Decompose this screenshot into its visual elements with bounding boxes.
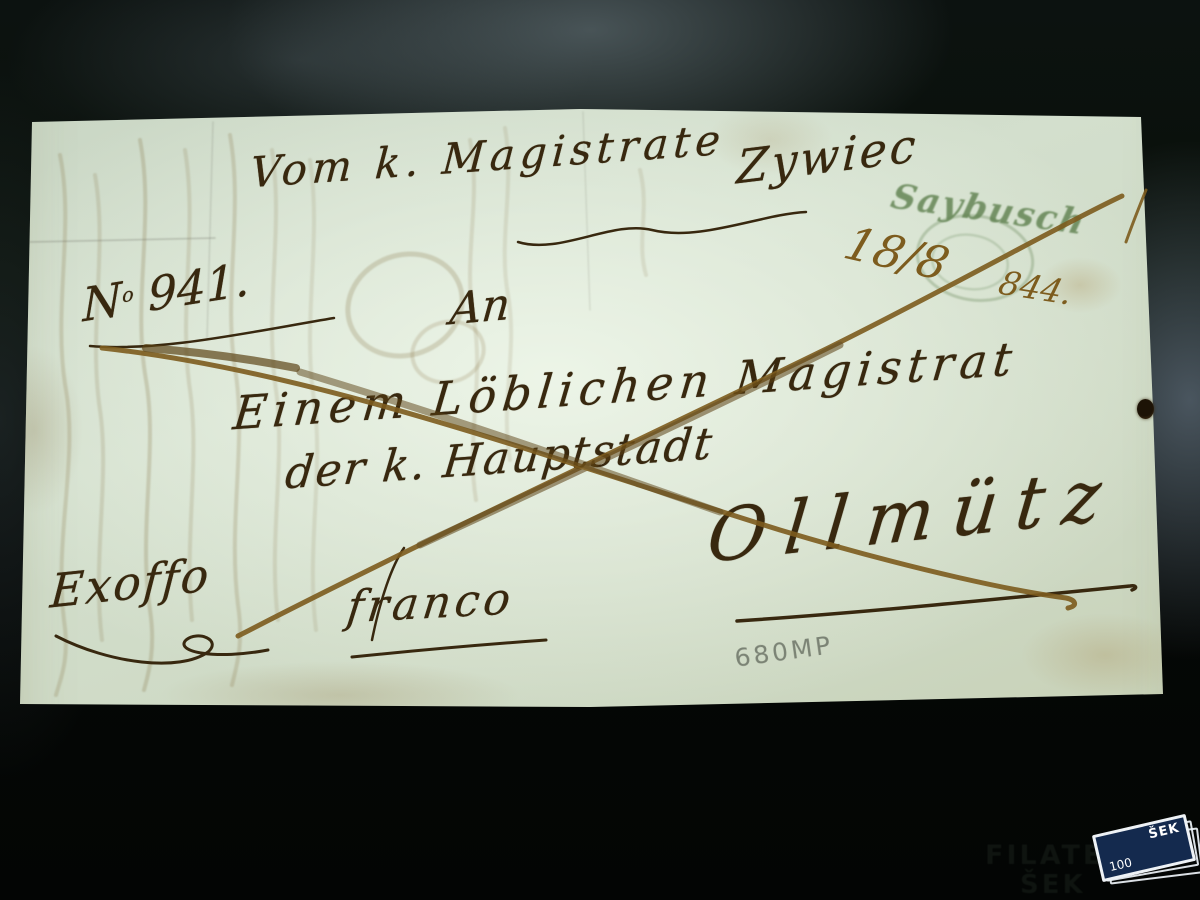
photo-of-prephilatelic-letter: Vom k. Magistrate Zywiec No 941. Saybusc… (0, 0, 1200, 900)
cross-stroke-up-heavy (420, 345, 840, 545)
dealer-watermark-line2: ŠEK (1020, 870, 1086, 900)
docket-underline (90, 318, 334, 347)
franco-underline (352, 640, 546, 657)
cross-stroke-down (102, 348, 1075, 608)
ink-flourishes (56, 212, 1136, 663)
banknote-denomination: 100 (1108, 855, 1133, 874)
sender-flourish (518, 212, 806, 245)
cancellation-cross (102, 190, 1146, 636)
cross-terminal-slash (1126, 190, 1146, 242)
dealer-logo: FILATELIE ŠEK ŠEK 100 (1080, 808, 1200, 900)
cross-stroke-up (238, 196, 1122, 636)
exoffo-flourish (56, 636, 268, 663)
cross-stroke-down-heavy (300, 372, 720, 512)
banknote-currency-label: ŠEK (1147, 821, 1181, 843)
ink-stroke-layer (0, 0, 1200, 900)
seal-hole (1137, 399, 1154, 419)
